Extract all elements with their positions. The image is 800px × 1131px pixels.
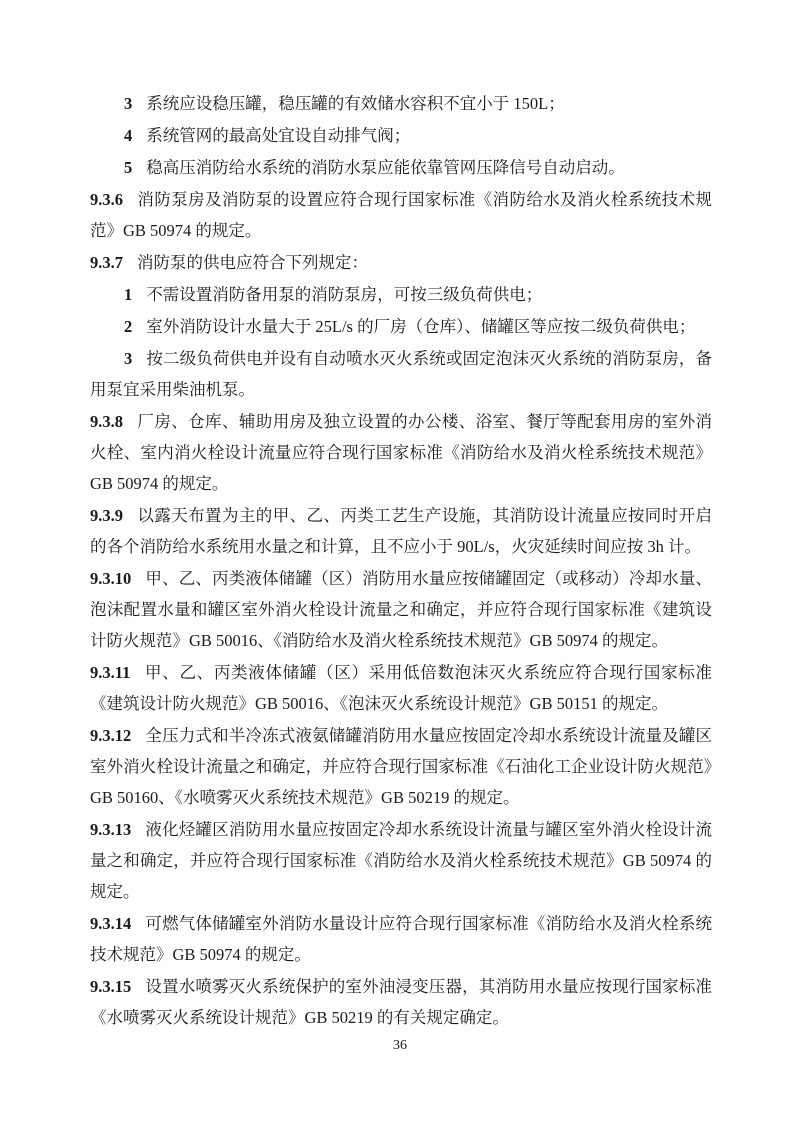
list-item-paragraph: 3系统应设稳压罐，稳压罐的有效储水容积不宜小于 150L；: [90, 88, 712, 119]
clause-number: 3: [124, 349, 146, 368]
clause-text: 甲、乙、丙类液体储罐（区）采用低倍数泡沫灭火系统应符合现行国家标准《建筑设计防火…: [90, 663, 712, 713]
clause-number: 9.3.13: [90, 820, 145, 839]
list-item-paragraph: 5稳高压消防给水系统的消防水泵应能依靠管网压降信号自动启动。: [90, 152, 712, 183]
section-paragraph: 9.3.8厂房、仓库、辅助用房及独立设置的办公楼、浴室、餐厅等配套用房的室外消火…: [90, 406, 712, 499]
clause-number: 1: [124, 285, 146, 304]
clause-text: 厂房、仓库、辅助用房及独立设置的办公楼、浴室、餐厅等配套用房的室外消火栓、室内消…: [90, 412, 712, 493]
clause-number: 9.3.10: [90, 569, 145, 588]
page-number: 36: [0, 1038, 800, 1054]
clause-text: 按二级负荷供电并设有自动喷水灭火系统或固定泡沫灭火系统的消防泵房，备用泵宜采用柴…: [90, 349, 712, 399]
clause-text: 系统应设稳压罐，稳压罐的有效储水容积不宜小于 150L；: [146, 94, 564, 113]
clause-text: 系统管网的最高处宜设自动排气阀；: [146, 126, 410, 145]
clause-text: 消防泵房及消防泵的设置应符合现行国家标准《消防给水及消火栓系统技术规范》GB 5…: [90, 190, 712, 240]
clause-number: 9.3.15: [90, 977, 145, 996]
clause-text: 室外消防设计水量大于 25L/s 的厂房（仓库）、储罐区等应按二级负荷供电；: [146, 317, 695, 336]
document-body: 3系统应设稳压罐，稳压罐的有效储水容积不宜小于 150L；4系统管网的最高处宜设…: [90, 88, 712, 1034]
clause-text: 稳高压消防给水系统的消防水泵应能依靠管网压降信号自动启动。: [146, 158, 625, 177]
list-item-paragraph: 1不需设置消防备用泵的消防泵房，可按三级负荷供电；: [90, 279, 712, 310]
clause-text: 设置水喷雾灭火系统保护的室外油浸变压器，其消防用水量应按现行国家标准《水喷雾灭火…: [90, 977, 712, 1027]
section-paragraph: 9.3.10甲、乙、丙类液体储罐（区）消防用水量应按储罐固定（或移动）冷却水量、…: [90, 563, 712, 656]
clause-text: 不需设置消防备用泵的消防泵房，可按三级负荷供电；: [146, 285, 542, 304]
clause-number: 9.3.6: [90, 190, 137, 209]
section-paragraph: 9.3.9以露天布置为主的甲、乙、丙类工艺生产设施，其消防设计流量应按同时开启的…: [90, 500, 712, 562]
clause-number: 9.3.8: [90, 412, 137, 431]
clause-number: 5: [124, 158, 146, 177]
document-page: 3系统应设稳压罐，稳压罐的有效储水容积不宜小于 150L；4系统管网的最高处宜设…: [0, 0, 800, 1131]
clause-number: 9.3.11: [90, 663, 144, 682]
clause-text: 以露天布置为主的甲、乙、丙类工艺生产设施，其消防设计流量应按同时开启的各个消防给…: [90, 506, 712, 556]
section-paragraph: 9.3.14可燃气体储罐室外消防水量设计应符合现行国家标准《消防给水及消火栓系统…: [90, 908, 712, 970]
clause-number: 4: [124, 126, 146, 145]
clause-text: 液化烃罐区消防用水量应按固定冷却水系统设计流量与罐区室外消火栓设计流量之和确定，…: [90, 820, 712, 901]
list-item-paragraph: 3按二级负荷供电并设有自动喷水灭火系统或固定泡沫灭火系统的消防泵房，备用泵宜采用…: [90, 343, 712, 405]
clause-text: 甲、乙、丙类液体储罐（区）消防用水量应按储罐固定（或移动）冷却水量、泡沫配置水量…: [90, 569, 712, 650]
section-paragraph: 9.3.13液化烃罐区消防用水量应按固定冷却水系统设计流量与罐区室外消火栓设计流…: [90, 814, 712, 907]
clause-number: 3: [124, 94, 146, 113]
clause-text: 消防泵的供电应符合下列规定：: [137, 253, 368, 272]
section-paragraph: 9.3.12全压力式和半冷冻式液氨储罐消防用水量应按固定冷却水系统设计流量及罐区…: [90, 720, 712, 813]
list-item-paragraph: 2室外消防设计水量大于 25L/s 的厂房（仓库）、储罐区等应按二级负荷供电；: [90, 311, 712, 342]
section-paragraph: 9.3.6消防泵房及消防泵的设置应符合现行国家标准《消防给水及消火栓系统技术规范…: [90, 184, 712, 246]
clause-number: 9.3.14: [90, 914, 145, 933]
clause-text: 可燃气体储罐室外消防水量设计应符合现行国家标准《消防给水及消火栓系统技术规范》G…: [90, 914, 712, 964]
list-item-paragraph: 4系统管网的最高处宜设自动排气阀；: [90, 120, 712, 151]
clause-number: 9.3.12: [90, 726, 145, 745]
clause-number: 2: [124, 317, 146, 336]
clause-number: 9.3.9: [90, 506, 137, 525]
clause-text: 全压力式和半冷冻式液氨储罐消防用水量应按固定冷却水系统设计流量及罐区室外消火栓设…: [90, 726, 712, 807]
section-paragraph: 9.3.15设置水喷雾灭火系统保护的室外油浸变压器，其消防用水量应按现行国家标准…: [90, 971, 712, 1033]
clause-number: 9.3.7: [90, 253, 137, 272]
section-paragraph: 9.3.7消防泵的供电应符合下列规定：: [90, 247, 712, 278]
section-paragraph: 9.3.11甲、乙、丙类液体储罐（区）采用低倍数泡沫灭火系统应符合现行国家标准《…: [90, 657, 712, 719]
